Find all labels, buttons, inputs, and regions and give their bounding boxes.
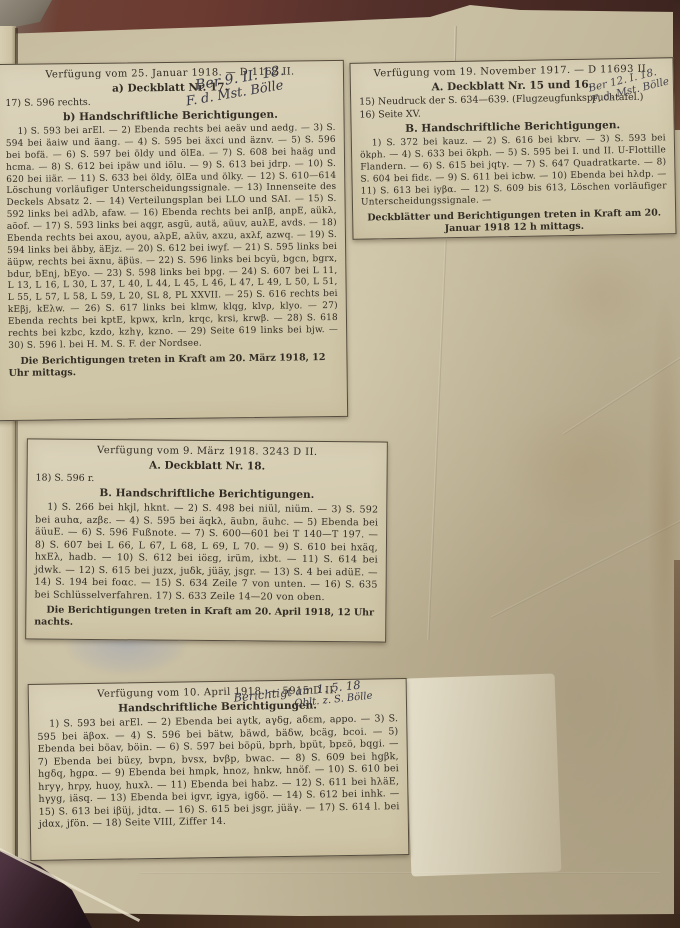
book-cover-top-edge [0,0,680,40]
slip2-section-b-title: B. Handschriftliche Berichtigungen. [360,118,666,135]
slip2-body-text: 1) S. 372 bei kauz. — 2) S. 616 bei kbrv… [360,133,667,210]
stain-right-middle [500,400,660,530]
crease-vertical-mid [427,240,446,640]
crease-horizontal-bottom [140,872,660,874]
slip4-body-text: 1) S. 593 bei arEl. — 2) Ebenda bei aγtk… [37,713,400,831]
stain-right-edge [648,300,680,720]
slip3-body-text: 1) S. 266 bei hkjl, hknt. — 2) S. 498 be… [34,502,378,605]
slip2-footer: Deckblätter und Berichtigungen treten in… [361,208,667,237]
scrapbook-page-photo: Verfügung vom 25. Januar 1918. — D 1162 … [0,0,680,928]
correction-slip-jan-1918: Verfügung vom 25. Januar 1918. — D 1162 … [0,60,348,421]
slip3-section-b-title: B. Handschriftliche Berichtigungen. [35,487,378,502]
correction-slip-april-1918: Verfügung vom 10. April 1918. — 5915 D I… [28,678,410,861]
slip1-section-b-title: b) Handschriftliche Berichtigungen. [5,108,335,124]
slip3-header: Verfügung vom 9. März 1918. 3243 D II. [36,445,379,459]
slip1-header: Verfügung vom 25. Januar 1918. — D 1162 … [5,66,335,81]
paper-highlight-patch [405,673,562,876]
slip1-body-text: 1) S. 593 bei arEl. — 2) Ebenda rechts b… [6,123,339,353]
stain-right-upper [545,250,655,340]
correction-slip-nov-1917: Verfügung vom 19. November 1917. — D 116… [349,57,676,240]
slip3-footer: Die Berichtigungen treten in Kraft am 20… [34,605,377,632]
slip3-item: 18) S. 596 r. [35,473,378,487]
slip3-section-a-title: A. Deckblatt Nr. 18. [36,459,379,474]
slip1-footer: Die Berichtigungen treten in Kraft am 20… [8,352,338,380]
correction-slip-maerz-1918: Verfügung vom 9. März 1918. 3243 D II. A… [25,438,388,642]
slip1-item: 17) S. 596 rechts. [5,94,335,109]
